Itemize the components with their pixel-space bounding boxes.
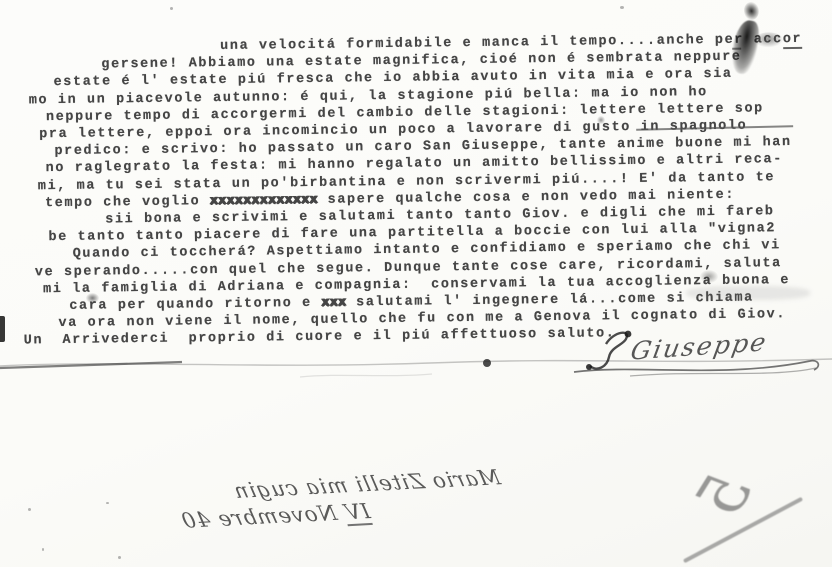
stain: [86, 293, 99, 303]
typed-text-segment: xxxxxxxxxxxxx: [210, 193, 318, 209]
letter-page: una velocitá formidabile e manca il temp…: [0, 0, 832, 567]
speck: [118, 556, 121, 559]
mirrored-corner-number: 5: [682, 458, 765, 530]
typed-text-segment: cara per quando ritorno e: [69, 296, 321, 314]
typed-text-segment: xxx: [321, 296, 346, 311]
edge-ink-mark: [0, 316, 5, 342]
stain: [597, 116, 605, 124]
typed-text-segment: in spagnolo: [641, 119, 748, 135]
typed-text-segment: tempo che voglio: [45, 194, 210, 211]
stain: [700, 270, 718, 283]
speck: [106, 502, 109, 504]
speck: [620, 6, 624, 9]
typed-text-segment: or: [783, 32, 803, 49]
stain: [686, 286, 810, 300]
speck: [28, 508, 31, 511]
mirrored-handwriting: Mario Zitelli mia cugin IV Novembre 40: [162, 465, 502, 534]
signature: Giuseppe: [570, 326, 825, 384]
speck: [42, 548, 44, 551]
speck: [170, 7, 173, 10]
mirrored-note-date-rest: Novembre 40: [178, 501, 346, 533]
